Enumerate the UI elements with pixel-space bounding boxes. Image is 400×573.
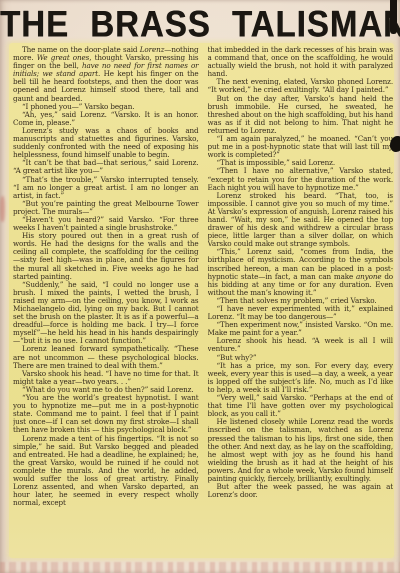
paragraph: “I am again paralyzed,” he moaned. “Can’… bbox=[208, 135, 394, 159]
paragraph: Lorenz leaned forward sympathetically. “… bbox=[13, 345, 199, 369]
page-edge-bar bbox=[390, 0, 397, 34]
red-smudge bbox=[0, 196, 5, 222]
paragraph: Lorenz stroked his beard. “That, too, is… bbox=[208, 192, 394, 249]
showthrough-print-band bbox=[0, 562, 400, 573]
paragraph: But on the day after, Varsko’s hand held… bbox=[208, 95, 394, 135]
paragraph: that imbedded in the dark recesses of hi… bbox=[208, 46, 394, 78]
column-right: that imbedded in the dark recesses of hi… bbox=[208, 46, 394, 558]
story-body: The name on the door-plate said Lorenz—n… bbox=[13, 46, 393, 558]
paragraph: “Suddenly,” he said, “I could no longer … bbox=[13, 281, 199, 346]
column-left: The name on the door-plate said Lorenz—n… bbox=[13, 46, 199, 558]
paragraph: “Then experiment now,” insisted Varsko. … bbox=[208, 321, 394, 337]
paragraph: The next evening, elated, Varsko phoned … bbox=[208, 78, 394, 94]
paragraph: “Haven’t you heard?” said Varsko. “For t… bbox=[13, 216, 199, 232]
paragraph: “But you’re painting the great Melbourne… bbox=[13, 200, 199, 216]
paragraph: Lorenz made a tent of his fingertips. “I… bbox=[13, 435, 199, 508]
paragraph: “I have never experimented with it,” exp… bbox=[208, 305, 394, 321]
paragraph: “This,” Lorenz said, “comes from India, … bbox=[208, 248, 394, 297]
paragraph: “You are the world’s greatest hypnotist.… bbox=[13, 394, 199, 434]
paragraph: The name on the door-plate said Lorenz—n… bbox=[13, 46, 199, 103]
ink-blot bbox=[390, 136, 400, 152]
paragraph: “Ah, yes,” said Lorenz. “Varsko. It is a… bbox=[13, 111, 199, 127]
paragraph: Lorenz shook his head. “A week is all I … bbox=[208, 337, 394, 353]
magazine-page-scan: THE BRASS TALISMAN The name on the door-… bbox=[0, 0, 400, 573]
paragraph: But after the week passed, he was again … bbox=[208, 483, 394, 499]
paragraph: “It can’t be that bad—that serious,” sai… bbox=[13, 159, 199, 175]
paragraph: Lorenz’s study was a chaos of books and … bbox=[13, 127, 199, 159]
paragraph: His story poured out then in a great rus… bbox=[13, 232, 199, 281]
paragraph: “That’s the trouble,” Varsko interrupted… bbox=[13, 176, 199, 200]
paragraph: “It has a price, my son. For every day, … bbox=[208, 362, 394, 394]
paragraph: Varsko shook his head. “I have no time f… bbox=[13, 370, 199, 386]
paragraph: “Very well,” said Varsko. “Perhaps at th… bbox=[208, 394, 394, 418]
page-title: THE BRASS TALISMAN bbox=[0, 3, 394, 46]
paragraph: He listened closely while Lorenz read th… bbox=[208, 418, 394, 483]
paragraph: “Then I have no alternative,” Varsko sta… bbox=[208, 167, 394, 191]
